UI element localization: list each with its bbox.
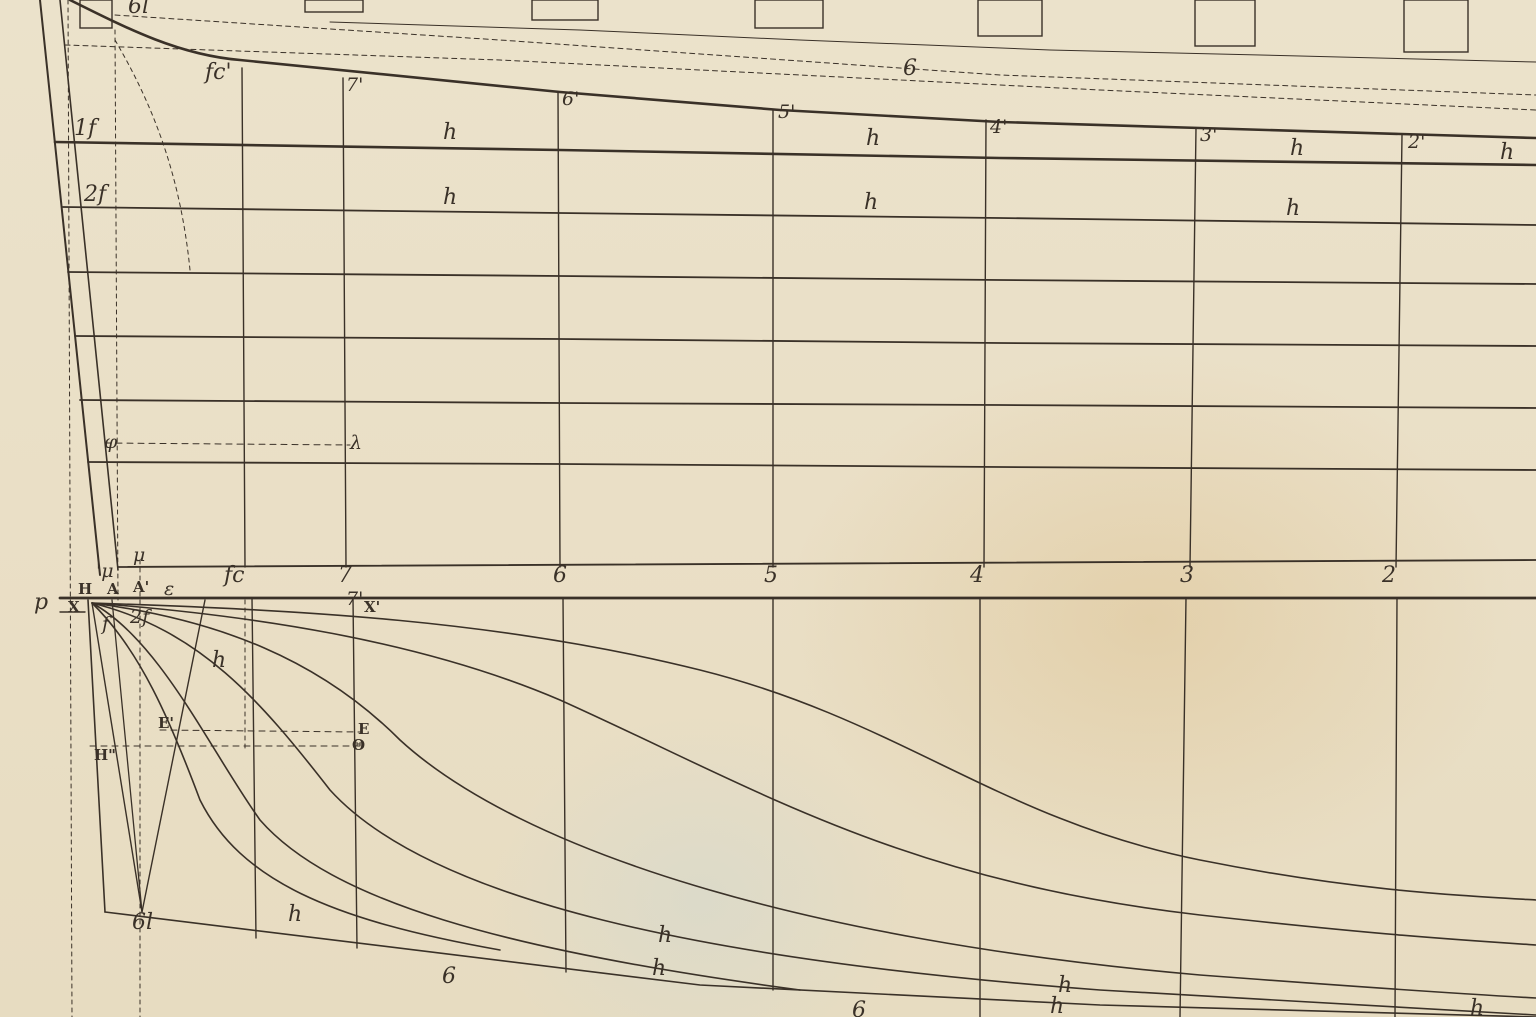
label-phi: φ — [104, 433, 117, 452]
label-X: X — [68, 600, 80, 615]
label-h: h — [1050, 996, 1064, 1017]
label-frame-6p: 6' — [562, 90, 579, 109]
label-H: H — [78, 582, 92, 597]
label-frame-6: 6 — [553, 565, 567, 587]
label-h: h — [1286, 198, 1300, 220]
label-mu-prime: 'μ — [96, 562, 114, 581]
label-6l-bottom: 6l — [132, 912, 153, 934]
label-h: h — [866, 128, 880, 150]
label-A: A — [107, 582, 119, 597]
label-h: h — [443, 187, 457, 209]
label-h: h — [1470, 998, 1484, 1017]
label-mu: μ — [133, 546, 145, 565]
label-frame-2: 2 — [1382, 565, 1396, 587]
label-6l-top: 6l — [128, 0, 149, 18]
label-H-double: H" — [94, 748, 116, 763]
sheer-curve — [70, 0, 1536, 138]
label-h: h — [212, 650, 226, 672]
label-A-prime: A' — [133, 580, 149, 595]
label-frame-2p: 2' — [1408, 133, 1425, 152]
label-h: h — [288, 904, 302, 926]
label-p: p — [34, 592, 48, 614]
label-frame-7p-low: 7' — [346, 590, 363, 609]
label-f-low: f — [102, 615, 109, 634]
label-E: E — [358, 722, 369, 737]
label-frame-7: 7 — [338, 565, 352, 587]
label-h: h — [658, 925, 672, 947]
label-frame-6-bottom: 6 — [852, 1000, 866, 1017]
label-frame-5: 5 — [764, 565, 778, 587]
label-curve-6-top: 6 — [903, 58, 917, 80]
label-lambda: λ — [350, 434, 362, 453]
label-frame-7p: 7' — [346, 76, 363, 95]
label-frame-4p: 4' — [990, 118, 1007, 137]
stern-post-inner — [60, 0, 118, 570]
label-theta: Θ — [352, 738, 365, 753]
label-2f-low: 2f — [130, 608, 149, 627]
ship-lines-plan: 6l fc' 7' 6' 5' 4' 3' 2' 6 1f 2f h h h h… — [0, 0, 1536, 1017]
label-fc-top: fc' — [205, 62, 232, 84]
label-waterline-1f: 1f — [74, 118, 96, 140]
label-fc-mid: fc — [224, 565, 244, 587]
hull-drawing — [0, 0, 1536, 1017]
label-h: h — [864, 192, 878, 214]
label-h: h — [1500, 142, 1514, 164]
label-frame-5p: 5' — [778, 103, 795, 122]
label-frame-3p: 3' — [1200, 126, 1217, 145]
label-curve-6-bottom: 6 — [442, 966, 456, 988]
label-frame-4: 4 — [970, 565, 984, 587]
label-h: h — [652, 958, 666, 980]
label-E-prime: E' — [158, 716, 174, 731]
label-h: h — [443, 122, 457, 144]
label-waterline-2f: 2f — [84, 184, 106, 206]
label-h: h — [1290, 138, 1304, 160]
label-X-prime: X' — [364, 600, 380, 615]
label-epsilon: ε — [164, 580, 174, 599]
label-frame-3: 3 — [1180, 565, 1194, 587]
